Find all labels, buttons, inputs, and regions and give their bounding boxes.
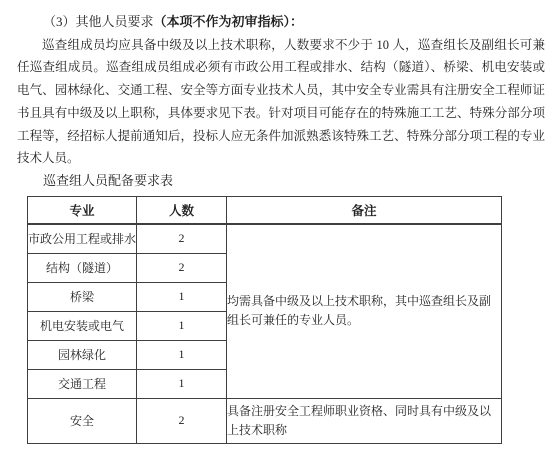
specialty-cell: 桥梁 bbox=[28, 282, 137, 311]
count-cell: 1 bbox=[137, 369, 227, 398]
specialty-cell: 结构（隧道） bbox=[28, 253, 137, 282]
merged-remark-cell: 均需具备中级及以上技术职称，其中巡查组长及副组长可兼任的专业人员。 bbox=[227, 224, 502, 399]
specialty-cell: 机电安装或电气 bbox=[28, 311, 137, 340]
specialty-cell: 安全 bbox=[28, 398, 137, 443]
count-cell: 2 bbox=[137, 224, 227, 254]
table-row: 市政公用工程或排水 2 均需具备中级及以上技术职称，其中巡查组长及副组长可兼任的… bbox=[28, 224, 502, 254]
specialty-cell: 交通工程 bbox=[28, 369, 137, 398]
table-caption: 巡查组人员配备要求表 bbox=[17, 170, 545, 193]
specialty-cell: 园林绿化 bbox=[28, 340, 137, 369]
document-page: （3）其他人员要求（本项不作为初审指标）： 巡查组成员均应具备中级及以上技术职称… bbox=[0, 0, 553, 451]
header-remark: 备注 bbox=[227, 196, 502, 224]
table-row: 安全 2 具备注册安全工程师职业资格、同时具有中级及以上技术职称 bbox=[28, 398, 502, 443]
safety-remark-cell: 具备注册安全工程师职业资格、同时具有中级及以上技术职称 bbox=[227, 398, 502, 443]
count-cell: 1 bbox=[137, 340, 227, 369]
header-count: 人数 bbox=[137, 196, 227, 224]
count-cell: 2 bbox=[137, 253, 227, 282]
section-heading-emphasis: （本项不作为初审指标）： bbox=[154, 14, 304, 29]
count-cell: 1 bbox=[137, 282, 227, 311]
requirements-paragraph: 巡查组成员均应具备中级及以上技术职称，人数要求不少于 10 人，巡查组长及副组长… bbox=[17, 34, 545, 171]
table-header-row: 专业 人数 备注 bbox=[28, 196, 502, 224]
count-cell: 2 bbox=[137, 398, 227, 443]
section-heading-prefix: （3）其他人员要求 bbox=[43, 14, 154, 29]
specialty-cell: 市政公用工程或排水 bbox=[28, 224, 137, 254]
header-specialty: 专业 bbox=[28, 196, 137, 224]
section-heading: （3）其他人员要求（本项不作为初审指标）： bbox=[17, 11, 545, 34]
count-cell: 1 bbox=[137, 311, 227, 340]
personnel-requirements-table: 专业 人数 备注 市政公用工程或排水 2 均需具备中级及以上技术职称，其中巡查组… bbox=[27, 196, 502, 444]
